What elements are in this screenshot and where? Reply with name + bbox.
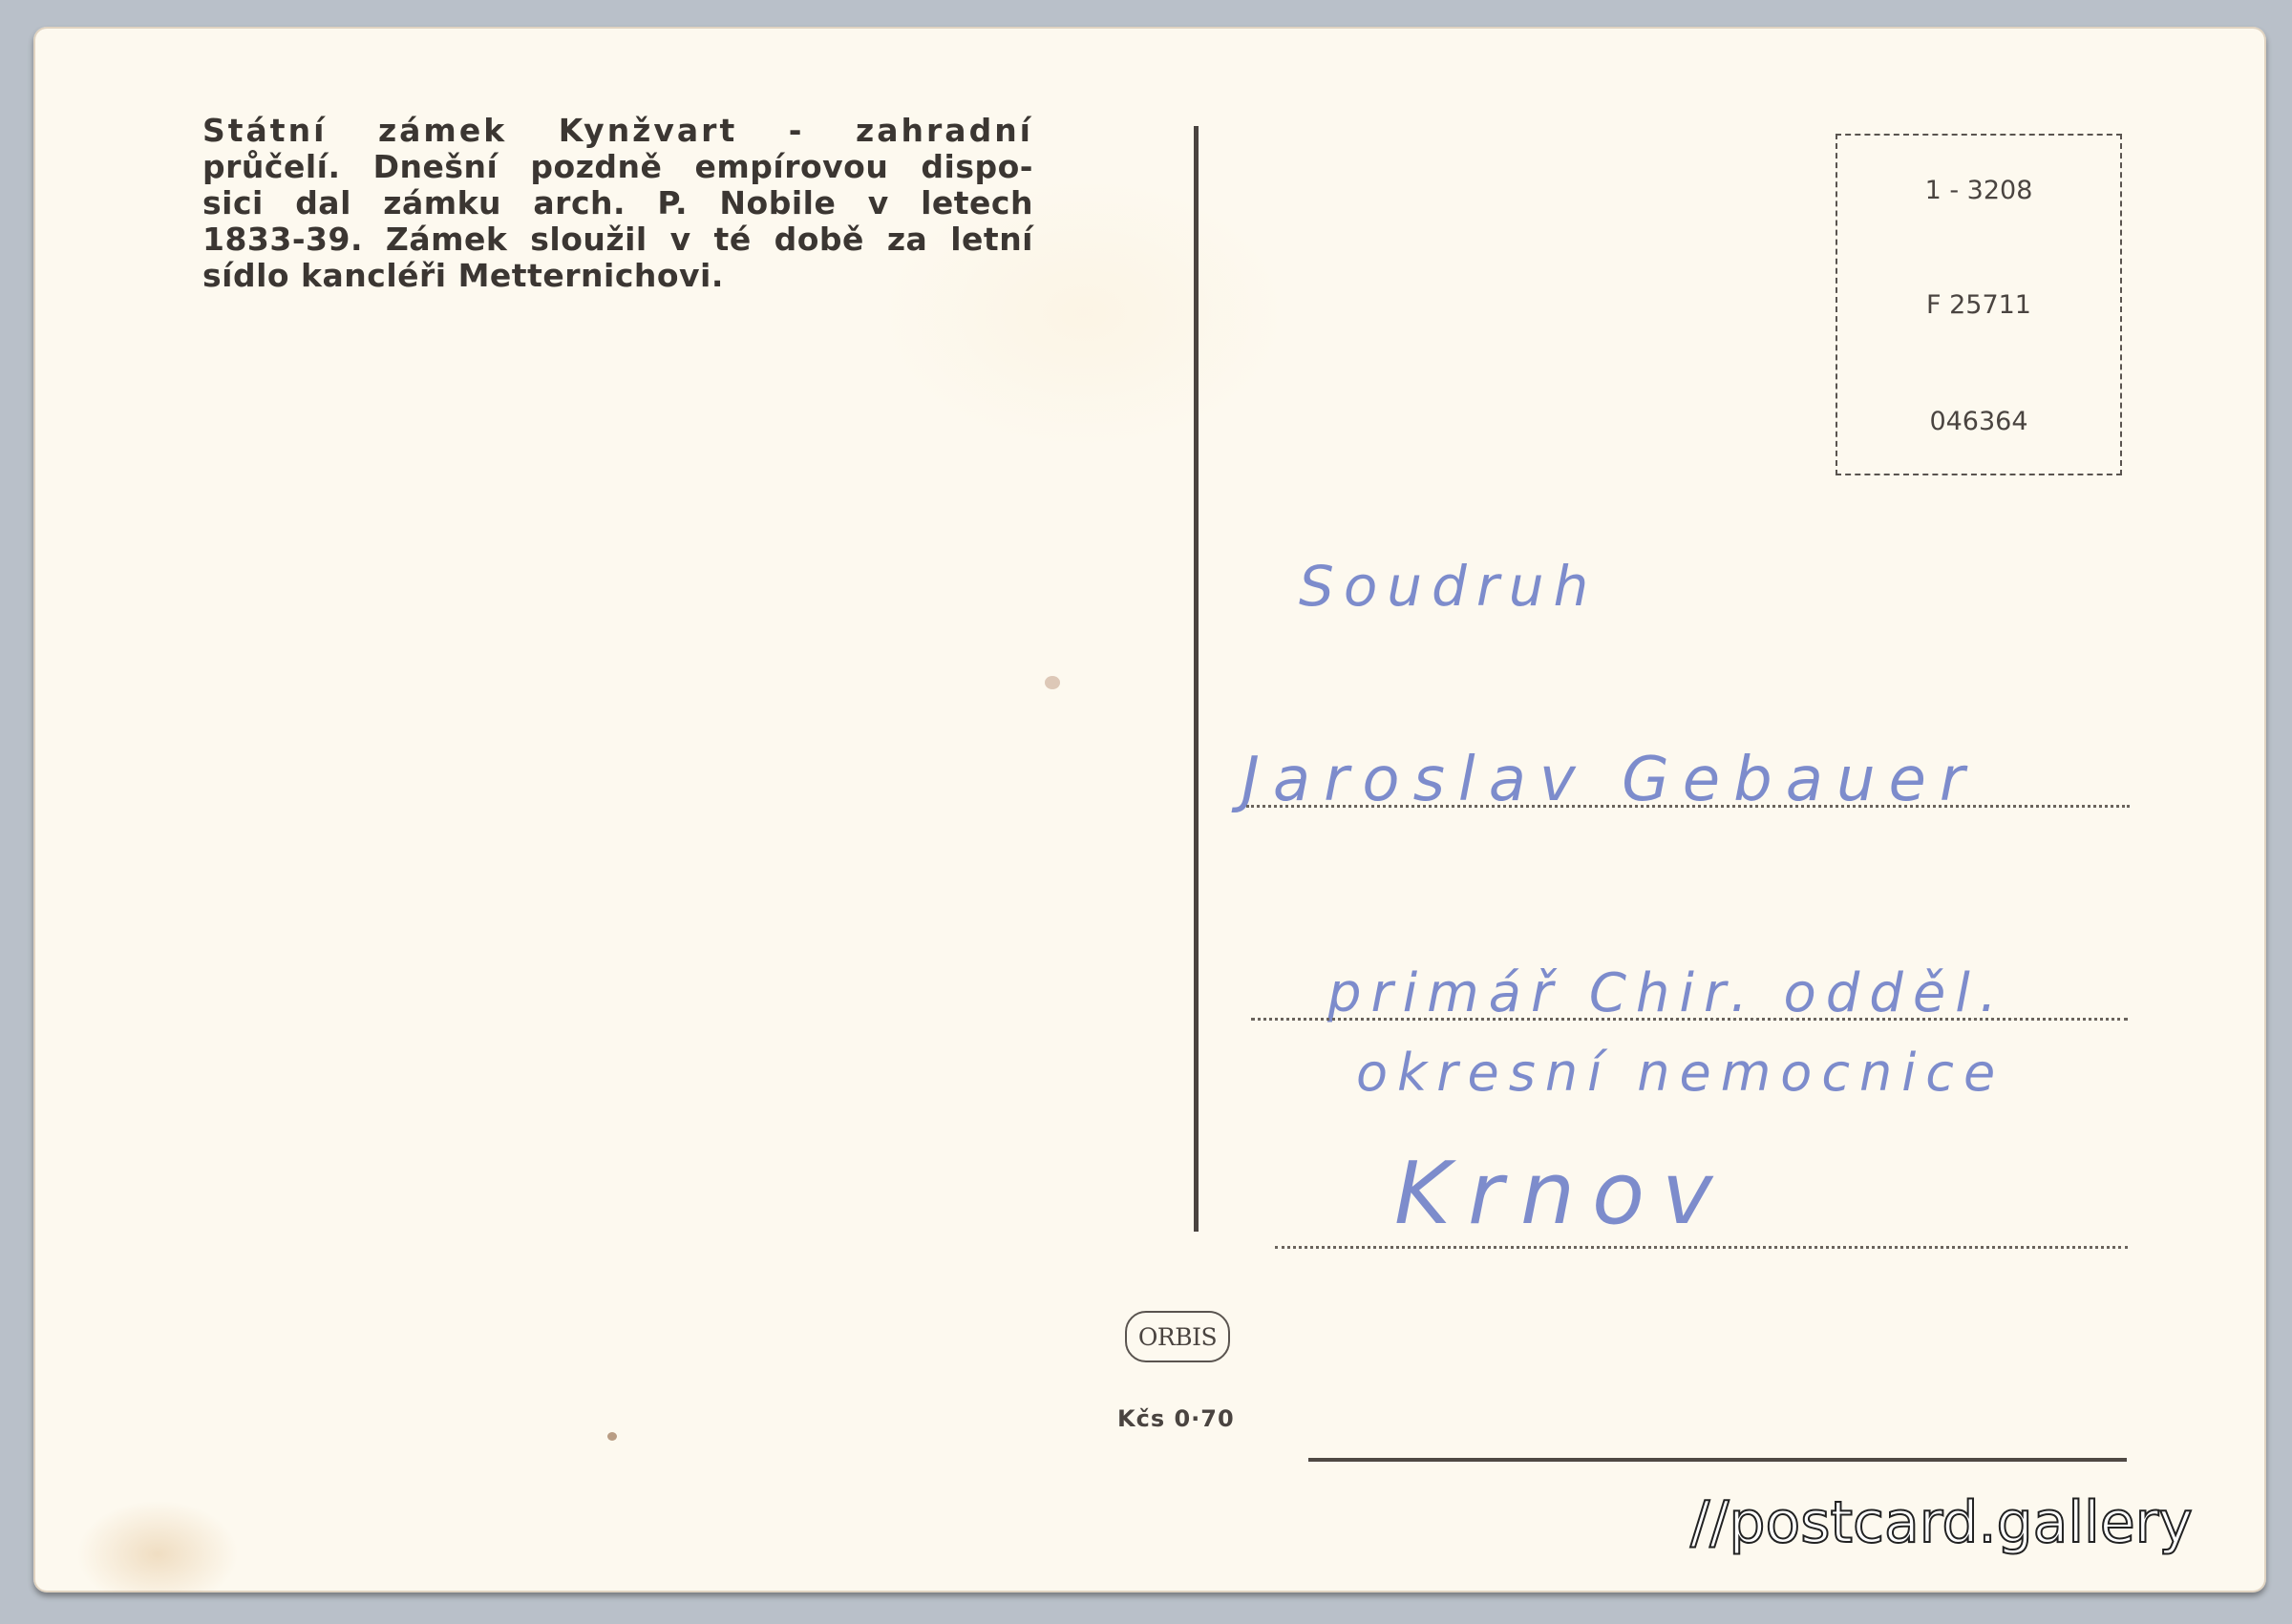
caption-line: sídlo kancléři Metternichovi.: [202, 258, 1033, 294]
caption-line: Státní zámek Kynžvart - zahradní: [202, 113, 1033, 149]
address-line-1: [1246, 805, 2130, 808]
address-line-2: [1251, 1018, 2128, 1021]
stamp-code-2: F 25711: [1837, 290, 2120, 320]
postcard-caption: Státní zámek Kynžvart - zahradní průčelí…: [202, 113, 1033, 294]
stamp-code-1: 1 - 3208: [1837, 176, 2120, 205]
caption-line: průčelí. Dnešní pozdně empírovou dispo-: [202, 149, 1033, 185]
stamp-box: 1 - 3208 F 25711 046364: [1836, 134, 2122, 475]
watermark: //postcard.gallery: [1690, 1489, 2193, 1556]
address-title: primář Chir. odděl.: [1327, 962, 2006, 1024]
stain-mark: [607, 1432, 617, 1441]
address-hospital: okresní nemocnice: [1356, 1043, 2005, 1103]
price-label: Kčs 0·70: [1117, 1405, 1235, 1432]
caption-line: sici dal zámku arch. P. Nobile v letech: [202, 185, 1033, 221]
address-line-4: [1308, 1458, 2127, 1462]
caption-line: 1833-39. Zámek sloužil v té době za letn…: [202, 221, 1033, 258]
stamp-code-3: 046364: [1837, 407, 2120, 436]
address-line-3: [1275, 1246, 2128, 1249]
orbis-logo-text: ORBIS: [1138, 1323, 1217, 1351]
center-divider: [1194, 126, 1199, 1232]
address-salutation: Soudruh: [1299, 554, 1598, 619]
orbis-logo: ORBIS: [1125, 1311, 1230, 1362]
stain-mark: [1045, 676, 1060, 689]
address-city: Krnov: [1394, 1144, 1730, 1244]
